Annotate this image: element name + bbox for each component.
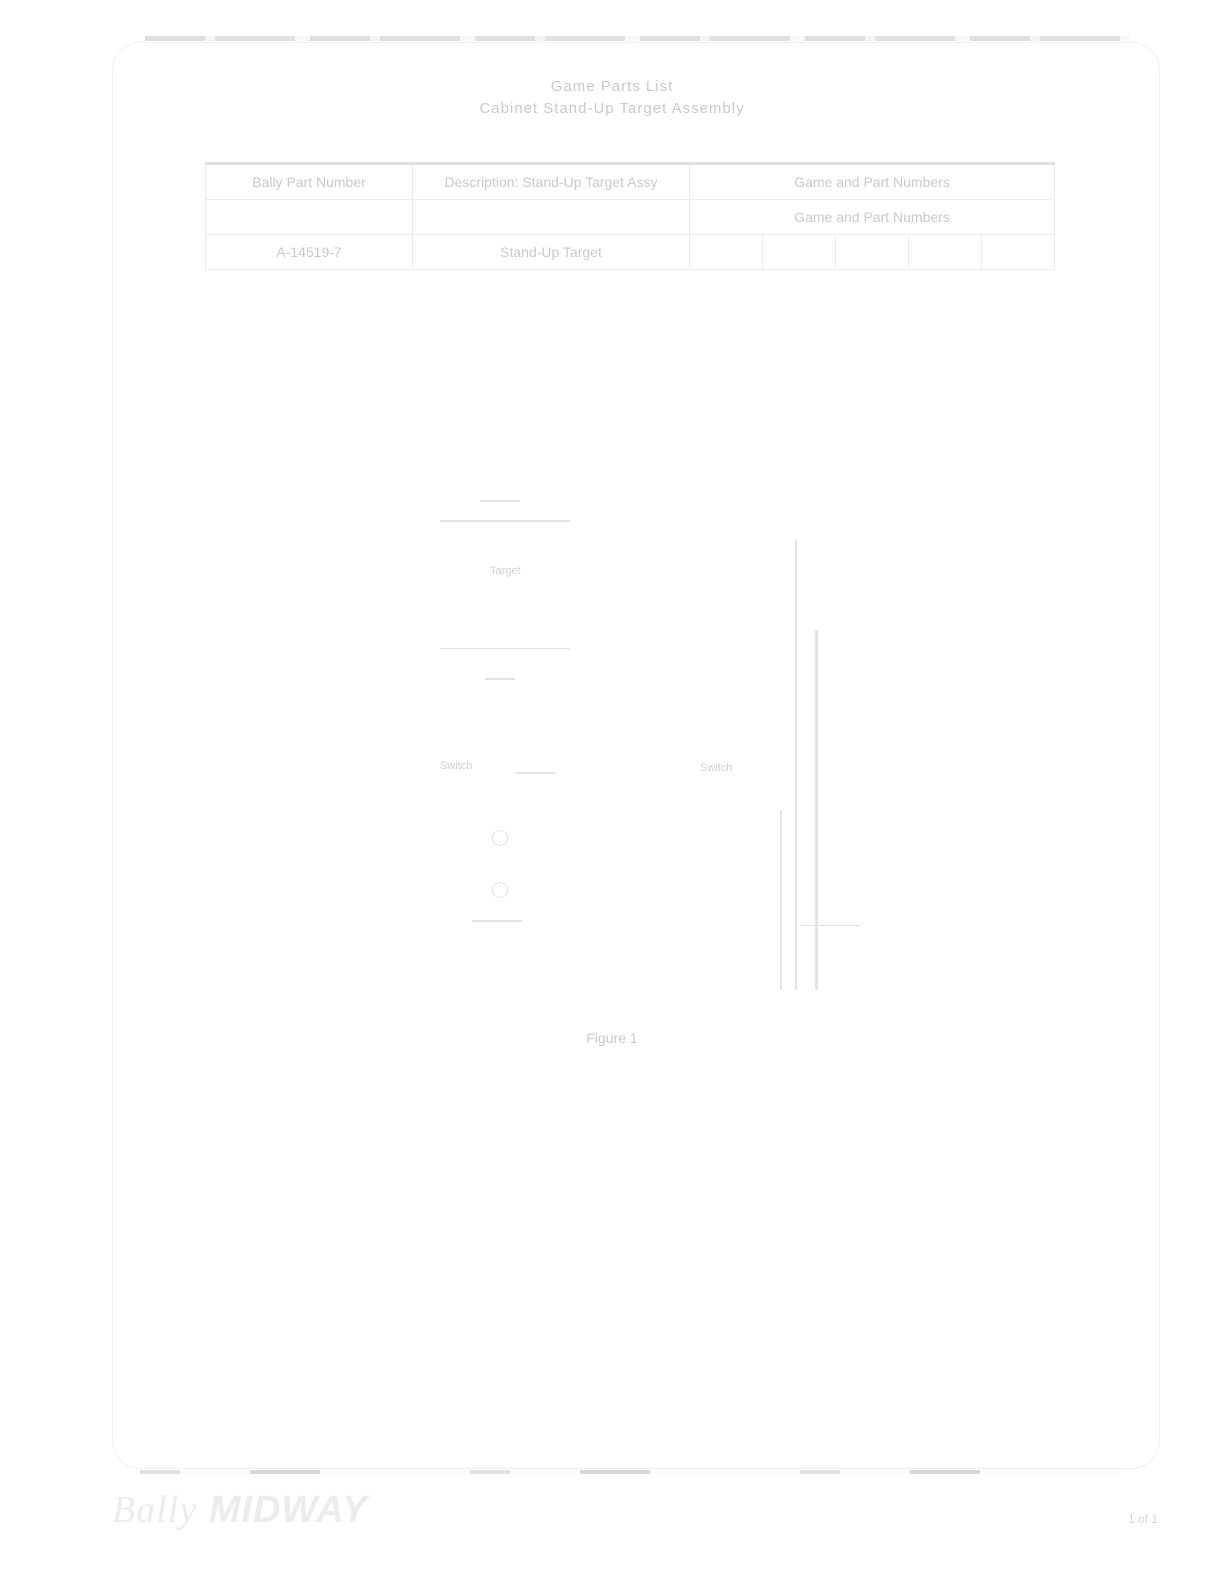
cell-part: A-14519-7 xyxy=(206,235,413,270)
label-target: Target xyxy=(490,565,521,577)
post-right xyxy=(815,630,818,990)
blank-cell xyxy=(206,200,413,235)
cell-game xyxy=(908,235,981,270)
exploded-diagram: Target Switch Switch xyxy=(420,470,890,1030)
bally-midway-logo: Bally MIDWAY xyxy=(112,1488,368,1532)
subheader: Game and Part Numbers xyxy=(690,200,1055,235)
base-line xyxy=(800,925,860,926)
screw-head xyxy=(472,920,522,922)
cell-game xyxy=(690,235,763,270)
logo-word: MIDWAY xyxy=(209,1489,368,1531)
label-switch: Switch xyxy=(440,760,472,772)
col-part-number: Bally Part Number xyxy=(206,164,413,200)
heading-line-2: Cabinet Stand-Up Target Assembly xyxy=(0,100,1224,117)
table-row: A-14519-7 Stand-Up Target xyxy=(206,235,1055,270)
footer-scan-bar xyxy=(140,1470,1120,1474)
cell-game xyxy=(835,235,908,270)
cell-game xyxy=(762,235,835,270)
callout-switch: Switch xyxy=(700,762,732,774)
col-games: Game and Part Numbers xyxy=(690,164,1055,200)
blank-cell xyxy=(413,200,690,235)
bracket-line xyxy=(440,648,570,649)
nut-circle xyxy=(492,830,508,846)
switch-line xyxy=(515,772,555,774)
cell-desc: Stand-Up Target xyxy=(413,235,690,270)
post-left xyxy=(795,540,797,990)
table-subheader-row: Game and Part Numbers xyxy=(206,200,1055,235)
target-top xyxy=(480,500,520,502)
logo-script: Bally xyxy=(112,1489,197,1531)
washer-circle xyxy=(492,882,508,898)
heading-line-1: Game Parts List xyxy=(0,78,1224,95)
col-description: Description: Stand-Up Target Assy xyxy=(413,164,690,200)
target-face xyxy=(440,520,570,522)
bracket-foot xyxy=(485,678,515,680)
page-number: 1 of 1 xyxy=(1128,1512,1158,1526)
cell-game xyxy=(981,235,1054,270)
parts-table: Bally Part Number Description: Stand-Up … xyxy=(205,162,1055,270)
table-header-row: Bally Part Number Description: Stand-Up … xyxy=(206,164,1055,200)
figure-caption: Figure 1 xyxy=(0,1030,1224,1046)
top-scan-bar xyxy=(145,36,1130,41)
post-short xyxy=(780,810,782,990)
